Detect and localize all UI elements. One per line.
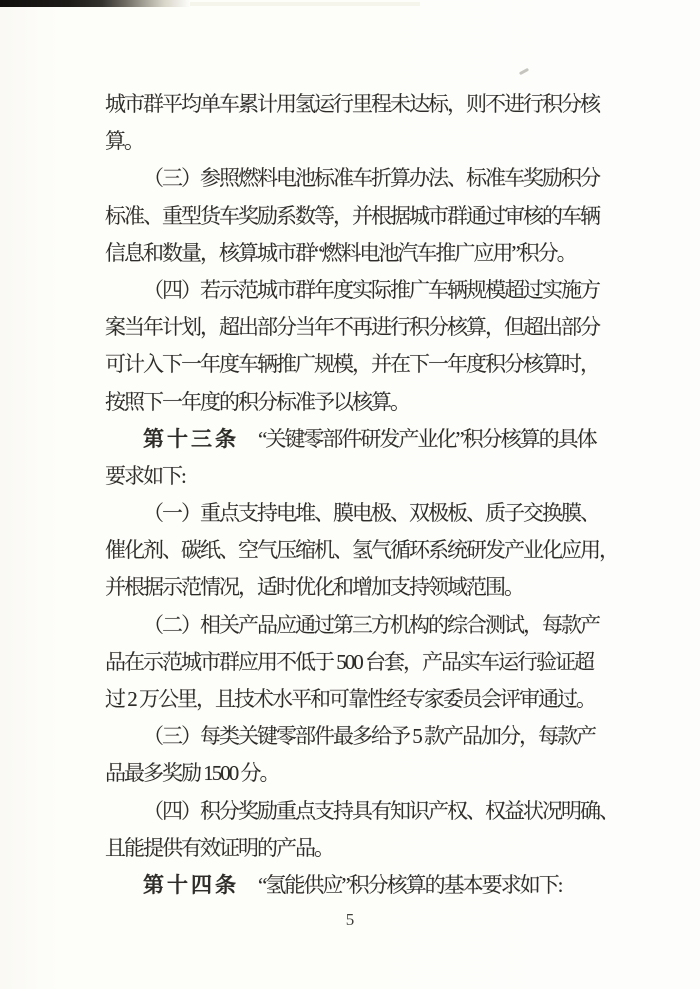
line-text: 标准、重型货车奖励系数等，并根据城市群通过审核的车辆 xyxy=(105,204,599,228)
document-line: 按照下一年度的积分标准予以核算。 xyxy=(105,384,610,421)
document-line: 要求如下: xyxy=(105,458,610,495)
document-line: （四）若示范城市群年度实际推广车辆规模超过实施方 xyxy=(105,272,610,309)
line-text: 催化剂、碳纸、空气压缩机、氢气循环系统研发产业化应用， xyxy=(105,538,618,562)
article-number: 第十三条 xyxy=(143,427,239,451)
document-line: 案当年计划，超出部分当年不再进行积分核算，但超出部分 xyxy=(105,309,610,346)
document-line: （四）积分奖励重点支持具有知识产权、权益状况明确、 xyxy=(105,793,610,830)
document-line: 并根据示范情况，适时优化和增加支持领域范围。 xyxy=(105,569,610,606)
line-text: 品最多奖励 1500 分。 xyxy=(105,761,279,785)
line-text: 可计入下一年度车辆推广规模，并在下一年度积分核算时， xyxy=(105,352,599,376)
article-number: 第十四条 xyxy=(143,873,239,897)
line-text: 要求如下: xyxy=(105,464,185,488)
document-line: （二）相关产品应通过第三方机构的综合测试，每款产 xyxy=(105,607,610,644)
line-text: （四）积分奖励重点支持具有知识产权、权益状况明确、 xyxy=(143,799,618,823)
document-line: 城市群平均单车累计用氢运行里程未达标，则不进行积分核 xyxy=(105,86,610,123)
line-text: （三）参照燃料电池标准车折算办法、标准车奖励积分 xyxy=(143,166,599,190)
line-text: 过 2 万公里，且技术水平和可靠性经专家委员会评审通过。 xyxy=(105,687,595,711)
line-text: 城市群平均单车累计用氢运行里程未达标，则不进行积分核 xyxy=(105,92,599,116)
line-text: （一）重点支持电堆、膜电极、双极板、质子交换膜、 xyxy=(143,501,599,525)
document-line: （三）每类关键零部件最多给予 5 款产品加分，每款产 xyxy=(105,718,610,755)
document-line: 可计入下一年度车辆推广规模，并在下一年度积分核算时， xyxy=(105,346,610,383)
document-body: 城市群平均单车累计用氢运行里程未达标，则不进行积分核算。（三）参照燃料电池标准车… xyxy=(105,86,610,904)
line-text: “氢能供应”积分核算的基本要求如下: xyxy=(239,873,561,897)
line-text: （四）若示范城市群年度实际推广车辆规模超过实施方 xyxy=(143,278,599,302)
line-text: （三）每类关键零部件最多给予 5 款产品加分，每款产 xyxy=(143,724,595,748)
line-text: 并根据示范情况，适时优化和增加支持领域范围。 xyxy=(105,575,523,599)
scan-edge-artifact xyxy=(0,0,196,7)
document-page: 城市群平均单车累计用氢运行里程未达标，则不进行积分核算。（三）参照燃料电池标准车… xyxy=(0,0,700,989)
scan-edge-faint-artifact xyxy=(190,2,420,6)
document-line: 第十三条 “关键零部件研发产业化”积分核算的具体 xyxy=(105,421,610,458)
line-text: 按照下一年度的积分标准予以核算。 xyxy=(105,390,409,414)
line-text: 且能提供有效证明的产品。 xyxy=(105,836,333,860)
line-text: 算。 xyxy=(105,129,143,153)
document-line: 且能提供有效证明的产品。 xyxy=(105,830,610,867)
document-line: （三）参照燃料电池标准车折算办法、标准车奖励积分 xyxy=(105,160,610,197)
line-text: “关键零部件研发产业化”积分核算的具体 xyxy=(239,427,596,451)
document-line: 催化剂、碳纸、空气压缩机、氢气循环系统研发产业化应用， xyxy=(105,532,610,569)
document-line: 第十四条 “氢能供应”积分核算的基本要求如下: xyxy=(105,867,610,904)
document-line: 算。 xyxy=(105,123,610,160)
document-line: 品在示范城市群应用不低于 500 台套，产品实车运行验证超 xyxy=(105,644,610,681)
line-text: 品在示范城市群应用不低于 500 台套，产品实车运行验证超 xyxy=(105,650,593,674)
document-line: 过 2 万公里，且技术水平和可靠性经专家委员会评审通过。 xyxy=(105,681,610,718)
document-line: 品最多奖励 1500 分。 xyxy=(105,755,610,792)
line-text: 信息和数量，核算城市群“燃料电池汽车推广应用”积分。 xyxy=(105,241,576,265)
document-line: （一）重点支持电堆、膜电极、双极板、质子交换膜、 xyxy=(105,495,610,532)
scan-mark-artifact xyxy=(519,68,529,75)
page-number: 5 xyxy=(0,910,700,930)
document-line: 信息和数量，核算城市群“燃料电池汽车推广应用”积分。 xyxy=(105,235,610,272)
line-text: 案当年计划，超出部分当年不再进行积分核算，但超出部分 xyxy=(105,315,599,339)
line-text: （二）相关产品应通过第三方机构的综合测试，每款产 xyxy=(143,613,599,637)
document-line: 标准、重型货车奖励系数等，并根据城市群通过审核的车辆 xyxy=(105,198,610,235)
